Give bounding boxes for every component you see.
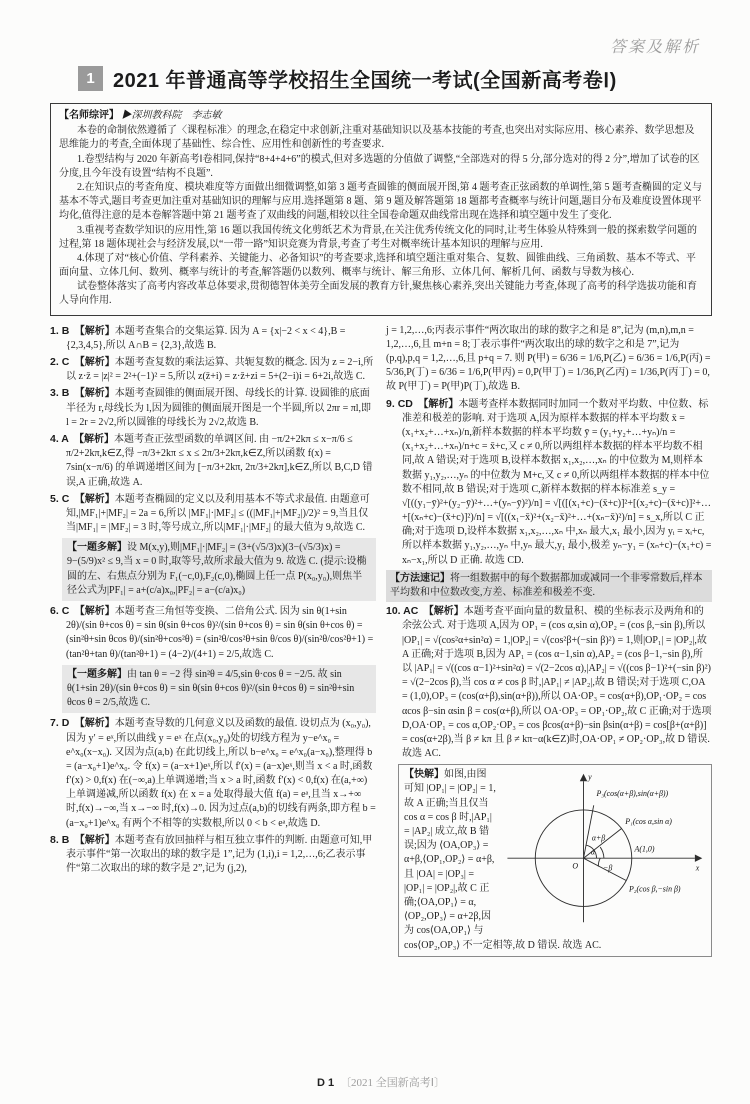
p3-point-label: P₃(cos(α+β),sin(α+β)) xyxy=(596,789,669,798)
y-axis-arrow xyxy=(580,774,587,781)
p2-point-label: P₂(cos β,−sin β) xyxy=(628,885,681,894)
segment-label: 【解析】 xyxy=(80,388,115,399)
origin-label: O xyxy=(572,862,578,871)
review-paragraph: 1.卷型结构与 2020 年新高考Ⅰ卷相同,保持“8+4+4+6”的模式,但对多… xyxy=(59,153,703,181)
review-paragraph: 4.体现了对“核心价值、学科素养、关键能力、必备知识”的考查要求,选择和填空题注… xyxy=(59,252,703,280)
solution-item: 9. CD 【解析】本题考查样本数据同时加同一个数对平均数、中位数、标准差和极差… xyxy=(386,397,712,603)
header-label: 答案及解析 xyxy=(610,39,700,56)
solutions-right-column: j = 1,2,…,6;丙表示事件“两次取出的球的数字之和是 8”,记为 (m,… xyxy=(386,324,712,1068)
solution-text: 10. AC 【解析】本题考查平面向量的数量积、模的坐标表示及两角和的余弦公式.… xyxy=(386,604,712,761)
solution-item: 2. C 【解析】本题考查复数的乘法运算、共轭复数的概念. 因为 z = 2−i… xyxy=(50,355,376,384)
solution-item: 4. A 【解析】本题考查正弦型函数的单调区间. 由 −π/2+2kπ ≤ x−… xyxy=(50,432,376,490)
answer-label: B xyxy=(62,325,80,337)
solution-text: 2. C 【解析】本题考查复数的乘法运算、共轭复数的概念. 因为 z = 2−i… xyxy=(50,355,376,384)
review-header: 【名师综评】 ▶深圳教科院 李志敏 xyxy=(59,109,703,123)
solution-text: 8. B 【解析】本题考查有放回抽样与相互独立事件的判断. 由题意可知,甲表示事… xyxy=(50,833,376,877)
review-paragraph: 试卷整体落实了高考内容改革总体要求,贯彻德智体美劳全面发展的教育方针,聚焦核心素… xyxy=(59,280,703,308)
angle-alpha-beta-label: α+β xyxy=(592,834,605,843)
answer-label: C xyxy=(62,493,80,505)
segment-label: 【一题多解】 xyxy=(67,669,127,680)
review-paragraphs: 本卷的命制依然遵循了〈课程标准〉的理念,在稳定中求创新,注重对基础知识以及基本技… xyxy=(59,124,703,308)
angle-arc-alpha xyxy=(600,847,604,858)
solution-text: 7. D 【解析】本题考查导数的几何意义以及函数的最值. 设切点为 (x₀,y₀… xyxy=(50,716,376,831)
question-number: 9. xyxy=(386,398,398,410)
solution-text: 3. B 【解析】本题考查圆锥的侧面展开图、母线长的计算. 设圆锥的底面半径为 … xyxy=(50,386,376,430)
question-number: 2. xyxy=(50,356,62,368)
page-title: 1 2021 年普通高等学校招生全国统一考试(全国新高考卷Ⅰ) xyxy=(78,64,712,93)
quick-box: y x O P₃(cos(α+β),sin(α+β)) P₁(cos α,sin… xyxy=(398,764,712,956)
answer-label: CD xyxy=(398,398,424,410)
review-paragraph: 本卷的命制依然遵循了〈课程标准〉的理念,在稳定中求创新,注重对基础知识以及基本技… xyxy=(59,124,703,152)
question-number: 10. xyxy=(386,605,403,617)
review-paragraph: 2.在知识点的考查角度、模块难度等方面做出细微调整,如第 3 题考查圆锥的侧面展… xyxy=(59,181,703,224)
segment-label: 【解析】 xyxy=(80,718,115,729)
a-point-label: A(1,0) xyxy=(634,845,655,854)
solution-item: j = 1,2,…,6;丙表示事件“两次取出的球的数字之和是 8”,记为 (m,… xyxy=(386,324,712,395)
solution-text: j = 1,2,…,6;丙表示事件“两次取出的球的数字之和是 8”,记为 (m,… xyxy=(386,324,712,395)
segment-label: 【解析】 xyxy=(429,606,464,617)
segment-label: 【方法速记】 xyxy=(390,573,450,584)
unit-circle-diagram: y x O P₃(cos(α+β),sin(α+β)) P₁(cos α,sin… xyxy=(500,768,706,928)
inset-box: 【一题多解】设 M(x,y),则|MF₁|·|MF₂| = (3+(√5/3)x… xyxy=(62,538,376,601)
review-source: ▶深圳教科院 李志敏 xyxy=(122,110,222,121)
solutions: 1. B 【解析】本题考查集合的交集运算. 因为 A = {x|−2 < x <… xyxy=(50,324,712,1068)
x-axis-arrow xyxy=(695,855,702,862)
solution-text: 4. A 【解析】本题考查正弦型函数的单调区间. 由 −π/2+2kπ ≤ x−… xyxy=(50,432,376,490)
solution-item: 3. B 【解析】本题考查圆锥的侧面展开图、母线长的计算. 设圆锥的底面半径为 … xyxy=(50,386,376,430)
solution-text: 1. B 【解析】本题考查集合的交集运算. 因为 A = {x|−2 < x <… xyxy=(50,324,376,353)
segment-label: 【解析】 xyxy=(423,399,458,410)
segment-label: 【解析】 xyxy=(80,357,115,368)
question-number: 1. xyxy=(50,325,62,337)
question-number: 3. xyxy=(50,387,62,399)
note-box: 【方法速记】将一组数据中的每个数据都加或减同一个非零常数后,样本平均数和中位数改… xyxy=(386,570,712,602)
segment-label: 【解析】 xyxy=(80,494,115,505)
solution-item: 6. C 【解析】本题考查三角恒等变换、二倍角公式. 因为 sin θ(1+si… xyxy=(50,604,376,713)
y-axis-label: y xyxy=(587,773,592,782)
answer-label: C xyxy=(62,605,80,617)
question-number: 4. xyxy=(50,433,61,445)
answer-label: D xyxy=(62,717,80,729)
footer-page-label: D 1 xyxy=(317,1077,334,1089)
segment-label: 【解析】 xyxy=(80,326,115,337)
title-badge: 1 xyxy=(78,66,103,91)
angle-arc-beta xyxy=(598,858,600,866)
answer-label: AC xyxy=(403,605,429,617)
segment-label: 【解析】 xyxy=(80,835,115,846)
page-header: 答案及解析 xyxy=(50,34,712,60)
question-number: 6. xyxy=(50,605,62,617)
segment-label: 【解析】 xyxy=(79,434,114,445)
solution-text: 6. C 【解析】本题考查三角恒等变换、二倍角公式. 因为 sin θ(1+si… xyxy=(50,604,376,662)
p1-point-label: P₁(cos α,sin α) xyxy=(624,817,672,826)
title-text: 2021 年普通高等学校招生全国统一考试(全国新高考卷Ⅰ) xyxy=(113,64,617,93)
segment-label: 【快解】 xyxy=(404,769,444,780)
footer-exam-label: 〔2021 全国新高考Ⅰ〕 xyxy=(340,1077,445,1089)
solution-text: 5. C 【解析】本题考查椭圆的定义以及利用基本不等式求最值. 由题意可知,|M… xyxy=(50,492,376,536)
answer-label: B xyxy=(62,834,80,846)
answer-label: B xyxy=(62,387,80,399)
inset-box: 【一题多解】由 tan θ = −2 得 sin²θ = 4/5,sin θ·c… xyxy=(62,665,376,714)
angle-beta-label: −β xyxy=(603,864,612,873)
question-number: 8. xyxy=(50,834,62,846)
review-box: 【名师综评】 ▶深圳教科院 李志敏 本卷的命制依然遵循了〈课程标准〉的理念,在稳… xyxy=(50,103,712,316)
page: 答案及解析 1 2021 年普通高等学校招生全国统一考试(全国新高考卷Ⅰ) 【名… xyxy=(0,0,750,1104)
solution-item: 8. B 【解析】本题考查有放回抽样与相互独立事件的判断. 由题意可知,甲表示事… xyxy=(50,833,376,877)
solution-item: 7. D 【解析】本题考查导数的几何意义以及函数的最值. 设切点为 (x₀,y₀… xyxy=(50,716,376,831)
solution-item: 1. B 【解析】本题考查集合的交集运算. 因为 A = {x|−2 < x <… xyxy=(50,324,376,353)
review-label: 【名师综评】 xyxy=(59,110,119,121)
review-paragraph: 3.重视考查数学知识的应用性,第 16 题以我国传统文化剪纸艺术为背景,在关注优… xyxy=(59,224,703,252)
question-number: 7. xyxy=(50,717,62,729)
segment-label: 【解析】 xyxy=(80,606,115,617)
answer-label: C xyxy=(62,356,80,368)
solution-item: 5. C 【解析】本题考查椭圆的定义以及利用基本不等式求最值. 由题意可知,|M… xyxy=(50,492,376,601)
answer-label: A xyxy=(61,433,79,445)
question-number: 5. xyxy=(50,493,62,505)
segment-label: 【一题多解】 xyxy=(67,542,127,553)
page-footer: D 1〔2021 全国新高考Ⅰ〕 xyxy=(50,1068,712,1090)
x-axis-label: x xyxy=(695,864,700,873)
solution-text: 9. CD 【解析】本题考查样本数据同时加同一个数对平均数、中位数、标准差和极差… xyxy=(386,397,712,568)
solution-item: 10. AC 【解析】本题考查平面向量的数量积、模的坐标表示及两角和的余弦公式.… xyxy=(386,604,712,957)
solutions-left-column: 1. B 【解析】本题考查集合的交集运算. 因为 A = {x|−2 < x <… xyxy=(50,324,376,1068)
